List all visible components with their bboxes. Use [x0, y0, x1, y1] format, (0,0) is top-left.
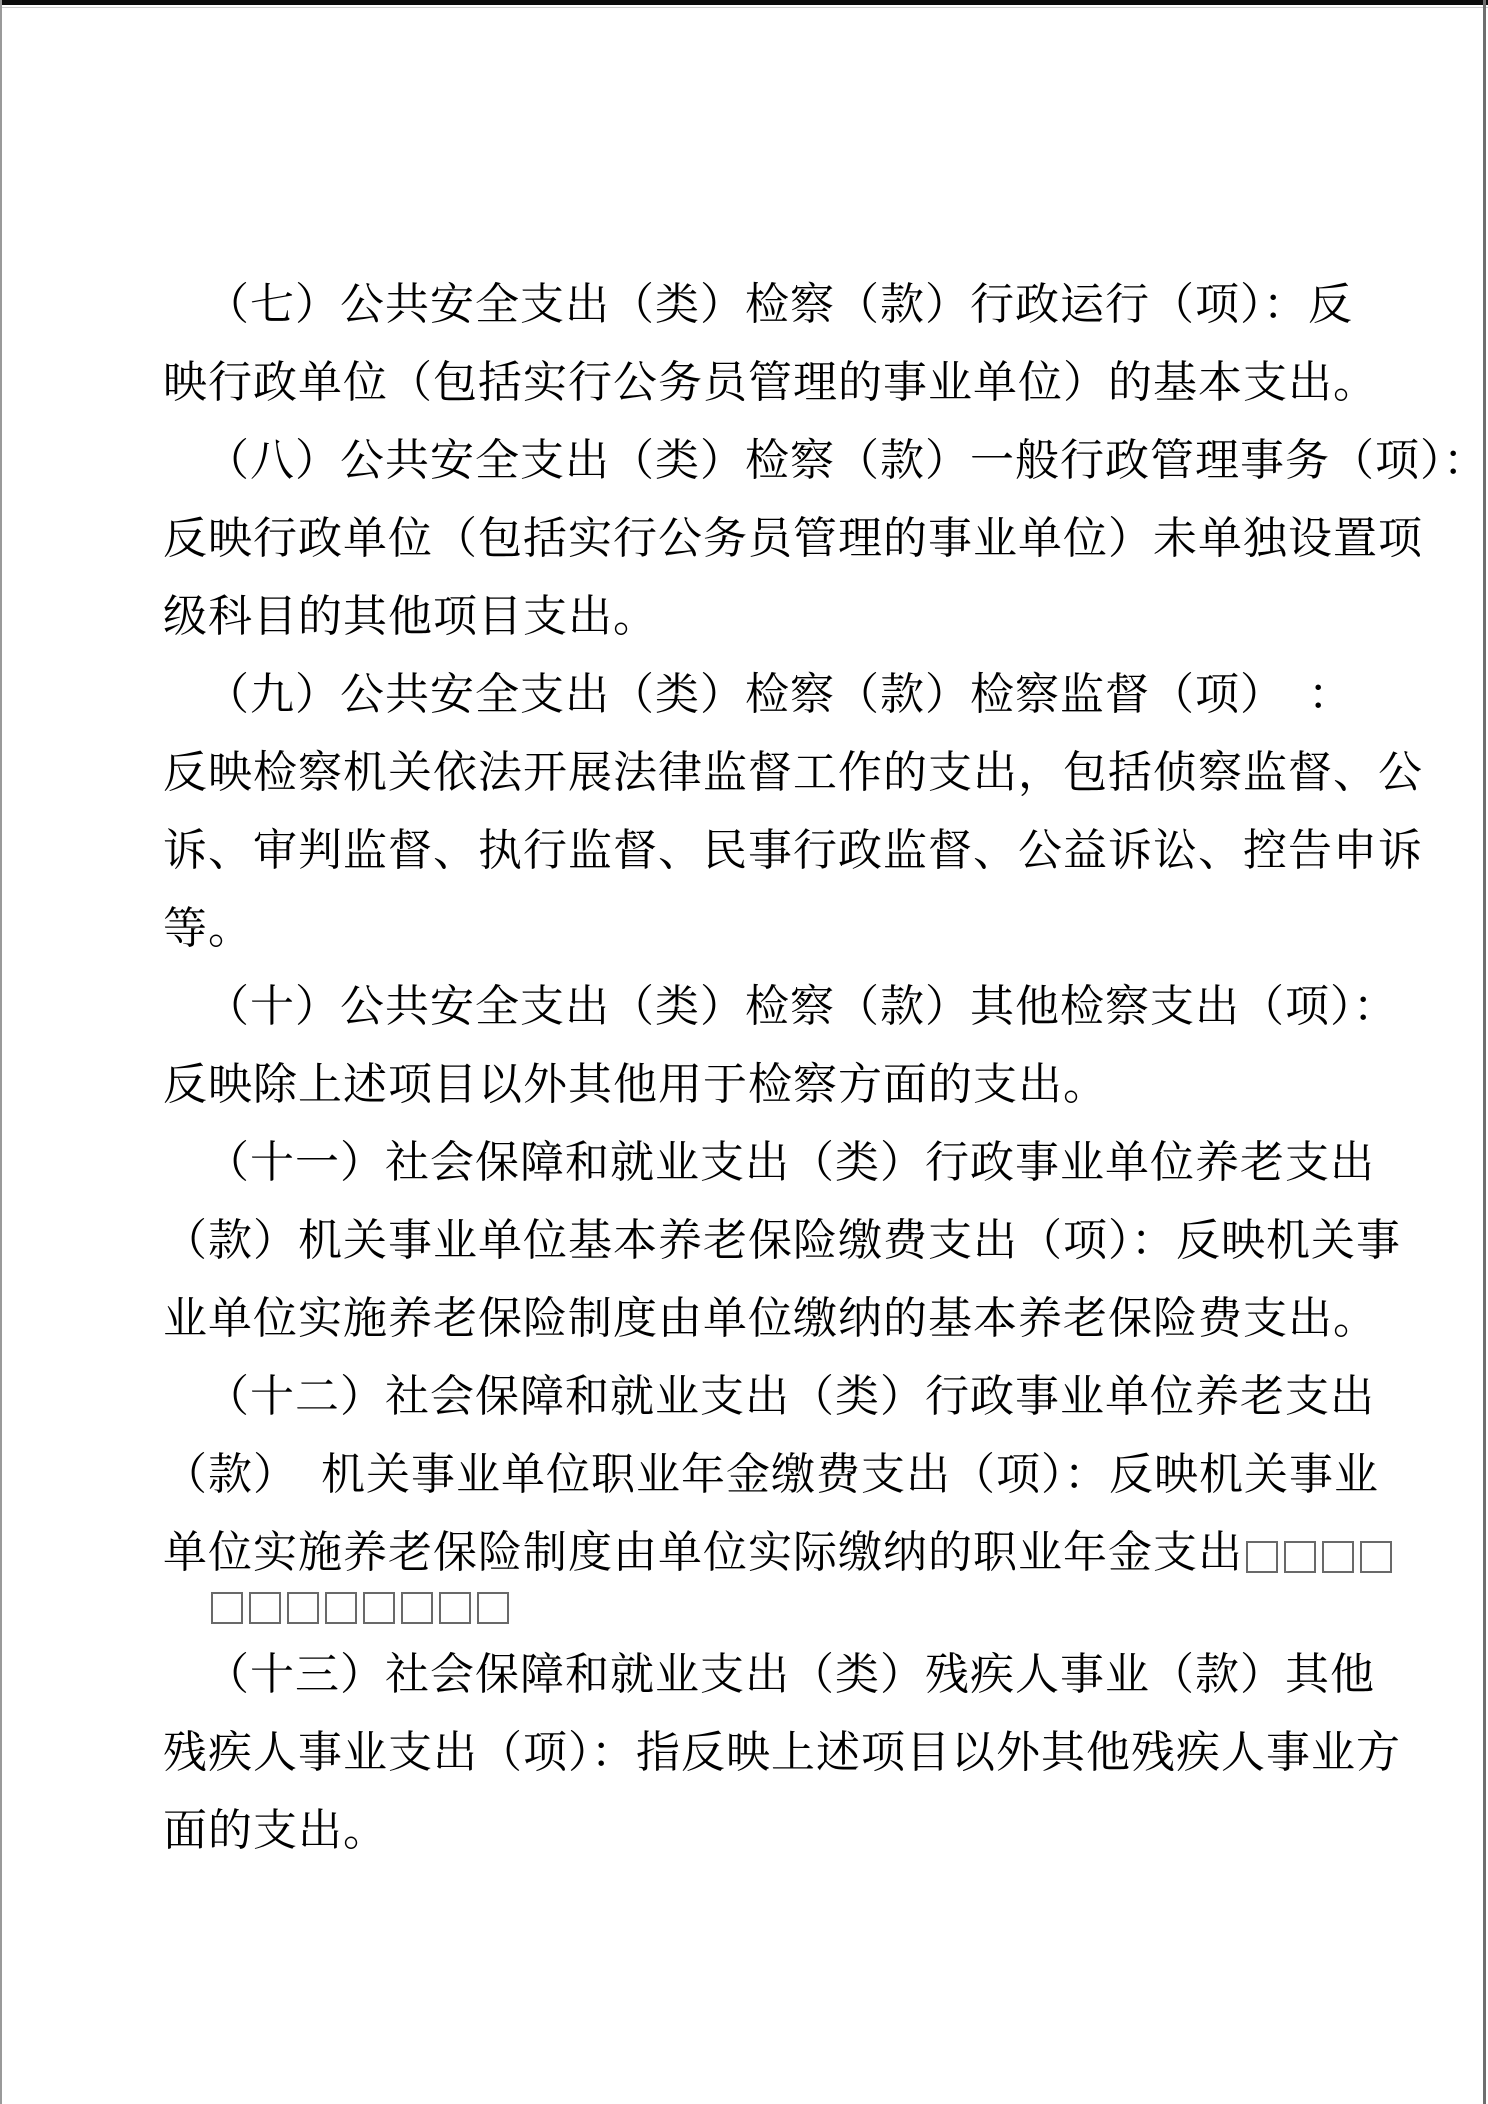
empty-checkbox — [249, 1592, 281, 1624]
text-line: 诉、审判监督、执行监督、民事行政监督、公益诉讼、控告申诉 — [163, 812, 1359, 890]
text-line: （七）公共安全支出（类）检察（款）行政运行（项）：反 — [163, 266, 1359, 344]
text-line: 反映检察机关依法开展法律监督工作的支出，包括侦察监督、公 — [163, 734, 1359, 812]
line-text: （十）公共安全支出（类）检察（款）其他检察支出（项）： — [205, 982, 1398, 1031]
line-text: 等。 — [163, 904, 253, 953]
text-line: 残疾人事业支出（项）：指反映上述项目以外其他残疾人事业方 — [163, 1714, 1359, 1792]
line-text: 反映除上述项目以外其他用于检察方面的支出。 — [163, 1060, 1108, 1109]
text-line: （十二）社会保障和就业支出（类）行政事业单位养老支出 — [163, 1358, 1359, 1436]
text-line: 反映行政单位（包括实行公务员管理的事业单位）未单独设置项 — [163, 500, 1359, 578]
empty-checkbox — [439, 1592, 471, 1624]
text-line: （十一）社会保障和就业支出（类）行政事业单位养老支出 — [163, 1124, 1359, 1202]
text-line: （款）机关事业单位基本养老保险缴费支出（项）：反映机关事 — [163, 1202, 1359, 1280]
line-text: （款） 机关事业单位职业年金缴费支出（项）：反映机关事业 — [163, 1450, 1379, 1499]
document-page: （七）公共安全支出（类）检察（款）行政运行（项）：反映行政单位（包括实行公务员管… — [0, 0, 1488, 2104]
line-text: 反映行政单位（包括实行公务员管理的事业单位）未单独设置项 — [163, 514, 1423, 563]
text-line: （九）公共安全支出（类）检察（款）检察监督（项） ： — [163, 656, 1359, 734]
text-line: （十三）社会保障和就业支出（类）残疾人事业（款）其他 — [163, 1636, 1359, 1714]
text-line: （款） 机关事业单位职业年金缴费支出（项）：反映机关事业 — [163, 1436, 1359, 1514]
empty-checkbox — [1246, 1541, 1278, 1573]
text-line: 级科目的其他项目支出。 — [163, 578, 1359, 656]
empty-checkbox — [325, 1592, 357, 1624]
line-text: （七）公共安全支出（类）检察（款）行政运行（项）：反 — [205, 280, 1353, 329]
line-text: 面的支出。 — [163, 1806, 388, 1855]
line-text: 级科目的其他项目支出。 — [163, 592, 658, 641]
scan-edge-top — [0, 0, 1488, 5]
line-text: （八）公共安全支出（类）检察（款）一般行政管理事务（项）： — [205, 436, 1488, 485]
line-text: 映行政单位（包括实行公务员管理的事业单位）的基本支出。 — [163, 358, 1378, 407]
line-text: 残疾人事业支出（项）：指反映上述项目以外其他残疾人事业方 — [163, 1728, 1401, 1777]
line-text: 单位实施养老保险制度由单位实际缴纳的职业年金支出 — [163, 1528, 1243, 1577]
empty-checkbox — [287, 1592, 319, 1624]
text-line: 反映除上述项目以外其他用于检察方面的支出。 — [163, 1046, 1359, 1124]
empty-checkbox — [363, 1592, 395, 1624]
text-line: （十）公共安全支出（类）检察（款）其他检察支出（项）： — [163, 968, 1359, 1046]
scan-edge-right — [1483, 0, 1486, 2104]
text-line: 业单位实施养老保险制度由单位缴纳的基本养老保险费支出。 — [163, 1280, 1359, 1358]
empty-checkbox — [477, 1592, 509, 1624]
text-line: 映行政单位（包括实行公务员管理的事业单位）的基本支出。 — [163, 344, 1359, 422]
text-line: 面的支出。 — [163, 1792, 1359, 1870]
scan-edge-left — [0, 0, 2, 2104]
line-text: 业单位实施养老保险制度由单位缴纳的基本养老保险费支出。 — [163, 1294, 1378, 1343]
empty-checkbox — [1360, 1541, 1392, 1573]
line-text: （十二）社会保障和就业支出（类）行政事业单位养老支出 — [205, 1372, 1375, 1421]
scan-hairline-top — [0, 7, 1488, 8]
empty-checkbox — [401, 1592, 433, 1624]
line-text: 诉、审判监督、执行监督、民事行政监督、公益诉讼、控告申诉 — [163, 826, 1423, 875]
empty-checkbox — [211, 1592, 243, 1624]
empty-checkbox — [1284, 1541, 1316, 1573]
line-text: （款）机关事业单位基本养老保险缴费支出（项）：反映机关事 — [163, 1216, 1401, 1265]
line-text: （十一）社会保障和就业支出（类）行政事业单位养老支出 — [205, 1138, 1375, 1187]
text-line: （八）公共安全支出（类）检察（款）一般行政管理事务（项）： — [163, 422, 1359, 500]
document-body: （七）公共安全支出（类）检察（款）行政运行（项）：反映行政单位（包括实行公务员管… — [163, 266, 1359, 1870]
line-text: 反映检察机关依法开展法律监督工作的支出，包括侦察监督、公 — [163, 748, 1423, 797]
line-text: （九）公共安全支出（类）检察（款）检察监督（项） ： — [205, 670, 1353, 719]
line-text: （十三）社会保障和就业支出（类）残疾人事业（款）其他 — [205, 1650, 1375, 1699]
text-line: 等。 — [163, 890, 1359, 968]
empty-checkbox — [1322, 1541, 1354, 1573]
